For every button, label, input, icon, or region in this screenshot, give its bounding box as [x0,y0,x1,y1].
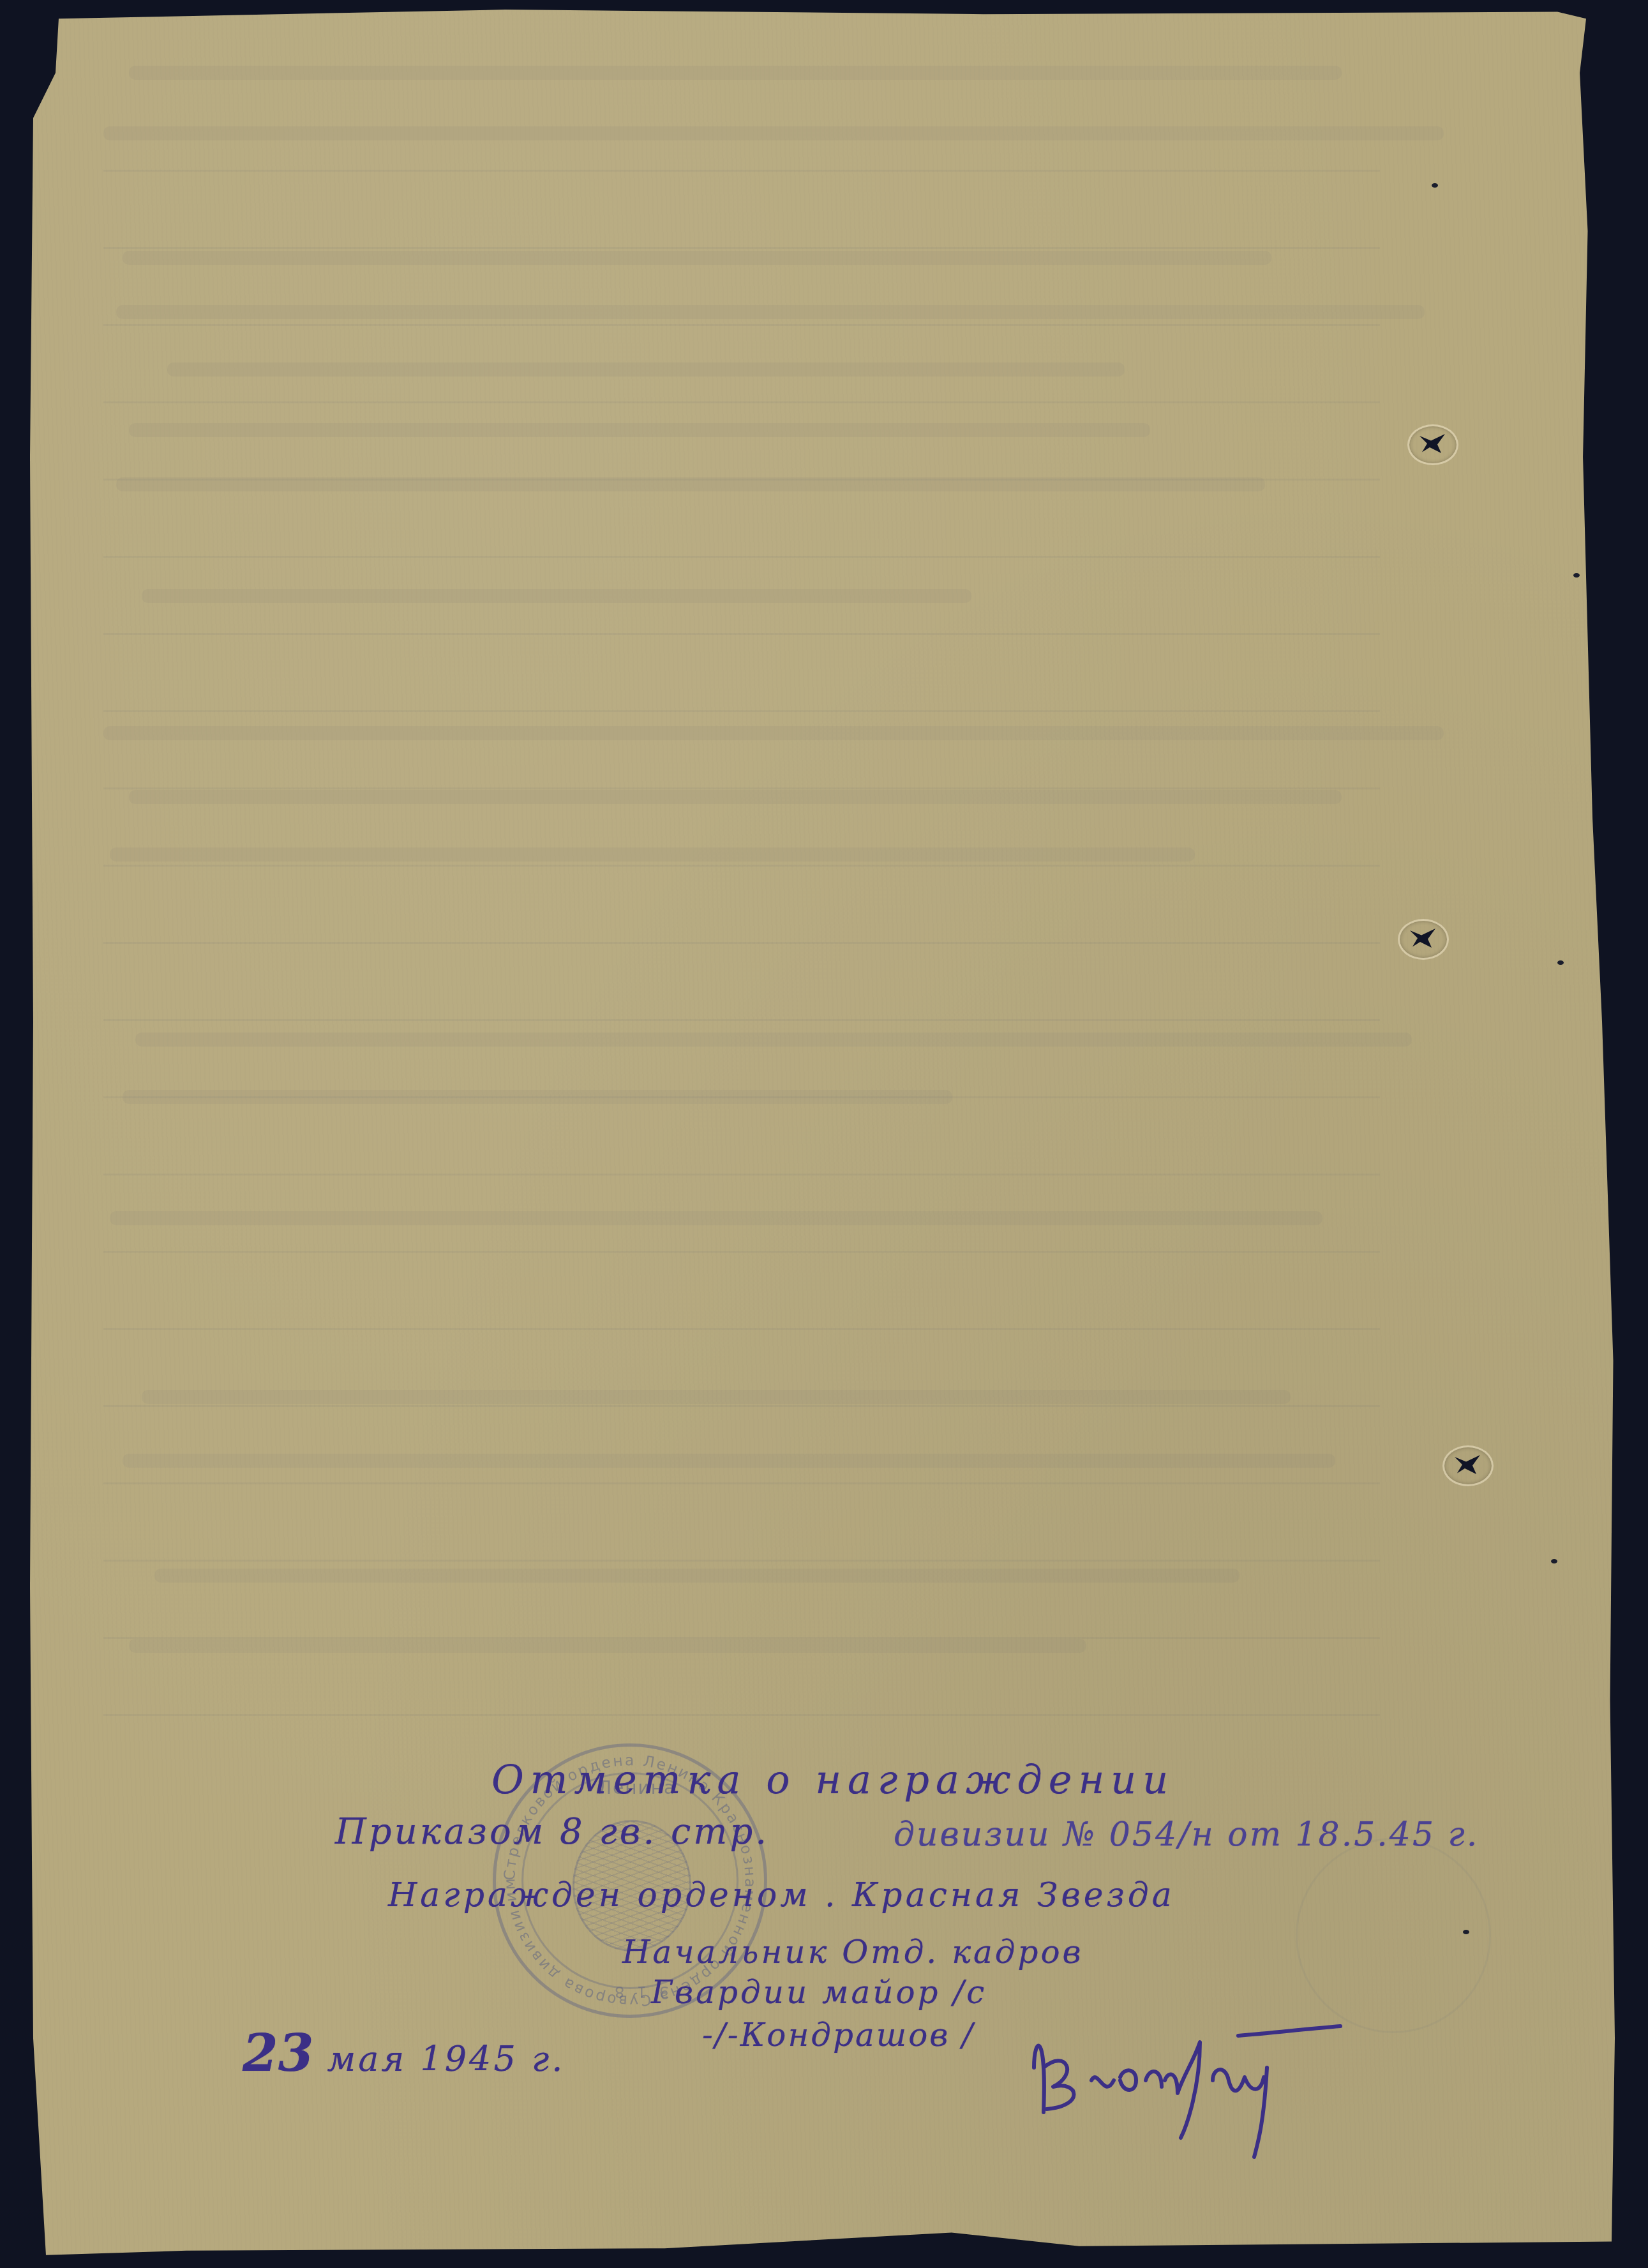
signatory-position: Начальник Отд. кадров [622,1934,1084,1971]
bleed-through-text [116,305,1425,319]
order-reference-number: дивизии № 054/н от 18.5.45 г. [894,1816,1479,1854]
bleed-through-lines [103,94,1380,1754]
punch-hole [1442,1445,1494,1486]
date-day: 23 [243,2023,313,2083]
bleed-through-text [103,126,1444,140]
bleed-through-text [110,1211,1322,1225]
order-reference-unit-text: Приказом 8 гв. стр. [335,1811,769,1853]
notation-title: Отметка о награждении [491,1756,1174,1803]
award-statement: Награжден орденом . Красная Звезда [388,1876,1175,1914]
bleed-through-text [129,790,1342,804]
pin-mark [1557,960,1564,965]
pin-mark [1432,183,1438,188]
bleed-through-text [123,1090,952,1104]
bleed-through-text [110,847,1195,862]
pin-mark [1573,573,1580,578]
signatory-name: -/-Кондрашов / [702,2017,975,2054]
bleed-through-text [129,1639,1086,1653]
bleed-through-text [103,726,1444,740]
order-reference-unit: Приказом 8 гв. стр. [335,1811,769,1853]
punch-hole [1407,424,1458,465]
punch-hole [1398,919,1449,960]
bleed-through-text [129,66,1342,80]
signatory-rank: Гвардии майор /с [651,1974,987,2011]
pin-mark [1551,1559,1557,1563]
bleed-through-text [123,1454,1335,1468]
bleed-through-text [142,1390,1291,1404]
bleed-through-text [167,362,1125,377]
bleed-through-text [154,1569,1240,1583]
bleed-through-text [129,423,1150,437]
bleed-through-text [135,1033,1412,1047]
bleed-through-text [142,589,971,603]
notation-date: 23 мая 1945 г. [243,2023,565,2083]
date-month-year: мая 1945 г. [327,2039,566,2079]
handwritten-signature [1008,1997,1455,2163]
bleed-through-text [116,477,1265,491]
bleed-through-text [123,251,1271,265]
